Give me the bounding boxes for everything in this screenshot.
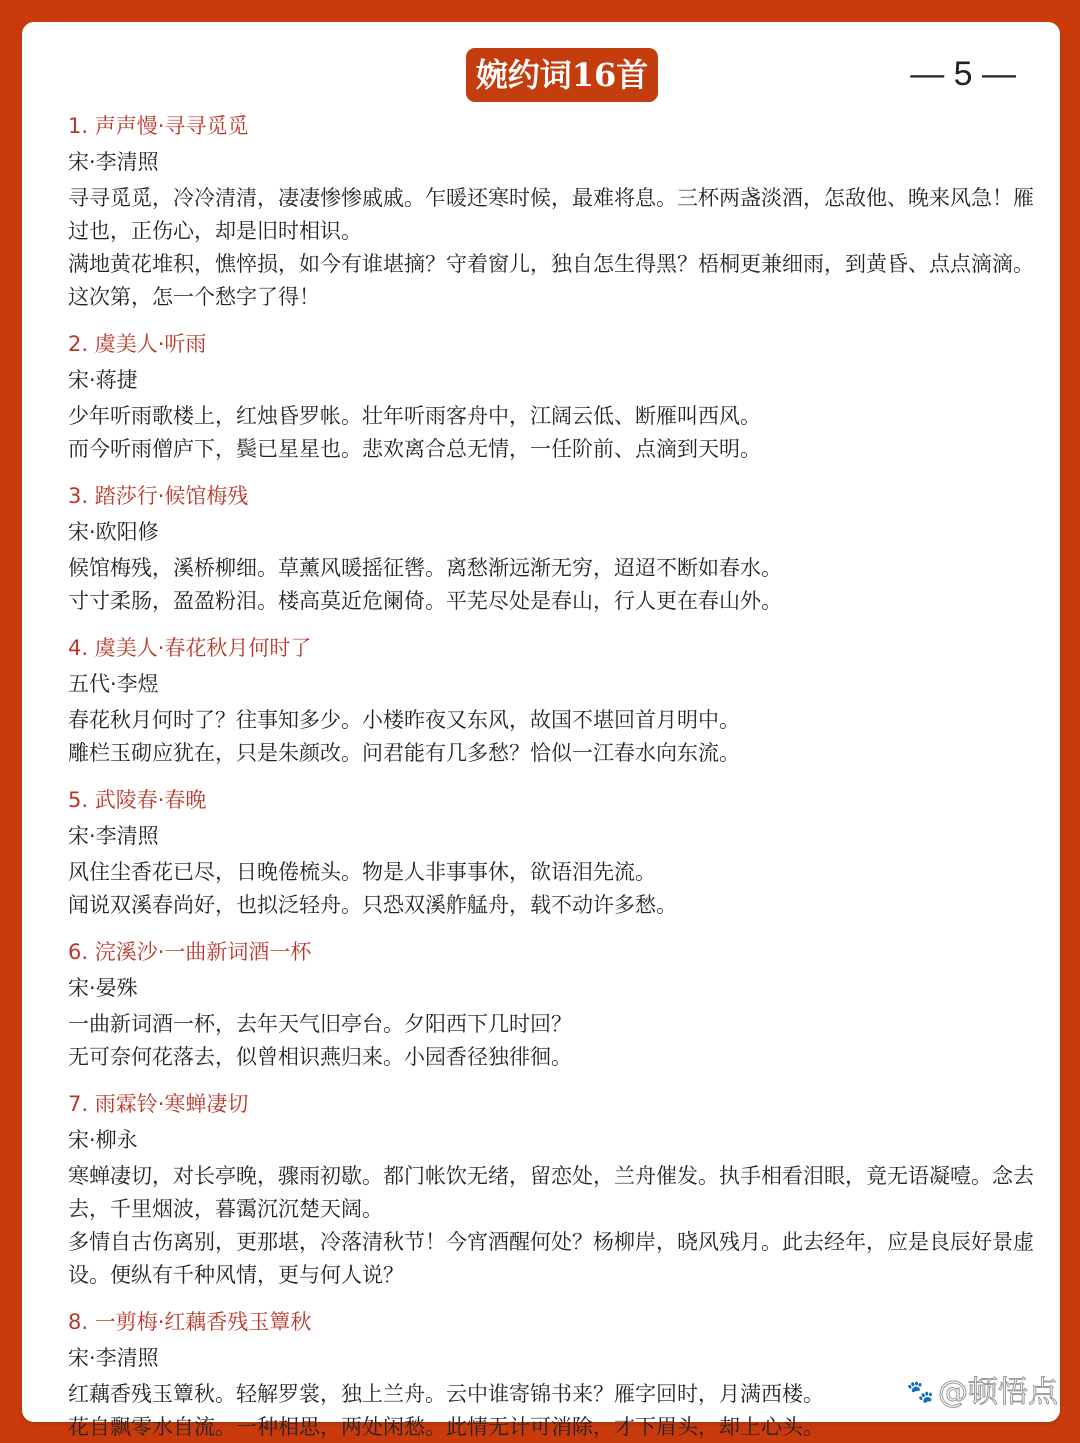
paw-icon: 🐾 [907,1375,934,1411]
poem-line: 寸寸柔肠，盈盈粉泪。楼高莫近危阑倚。平芜尽处是春山，行人更在春山外。 [68,585,1048,618]
poem-line: 候馆梅残，溪桥柳细。草薰风暖摇征辔。离愁渐远渐无穷，迢迢不断如春水。 [68,552,1048,585]
poem-author: 宋·李清照 [68,818,1048,854]
poem-line: 寻寻觅觅，冷冷清清，凄凄惨惨戚戚。乍暖还寒时候，最难将息。三杯两盏淡酒，怎敌他、… [68,182,1048,248]
poem-body: 一曲新词酒一杯，去年天气旧亭台。夕阳西下几时回？ 无可奈何花落去，似曾相识燕归来… [68,1008,1048,1074]
poem-body: 候馆梅残，溪桥柳细。草薰风暖摇征辔。离愁渐远渐无穷，迢迢不断如春水。 寸寸柔肠，… [68,552,1048,618]
poem-body: 风住尘香花已尽，日晚倦梳头。物是人非事事休，欲语泪先流。 闻说双溪春尚好，也拟泛… [68,856,1048,922]
poem-body: 寻寻觅觅，冷冷清清，凄凄惨惨戚戚。乍暖还寒时候，最难将息。三杯两盏淡酒，怎敌他、… [68,182,1048,314]
poem-body: 少年听雨歌楼上，红烛昏罗帐。壮年听雨客舟中，江阔云低、断雁叫西风。 而今听雨僧庐… [68,400,1048,466]
poem-line: 闻说双溪春尚好，也拟泛轻舟。只恐双溪舴艋舟，载不动许多愁。 [68,889,1048,922]
poem-item: 6. 浣溪沙·一曲新词酒一杯 宋·晏殊 一曲新词酒一杯，去年天气旧亭台。夕阳西下… [68,934,1048,1074]
poem-line: 春花秋月何时了？往事知多少。小楼昨夜又东风，故国不堪回首月明中。 [68,704,1048,737]
watermark-text: @顿悟点 [938,1375,1058,1411]
poem-line: 红藕香残玉簟秋。轻解罗裳，独上兰舟。云中谁寄锦书来？雁字回时，月满西楼。 [68,1378,1048,1411]
poem-line: 风住尘香花已尽，日晚倦梳头。物是人非事事休，欲语泪先流。 [68,856,1048,889]
poem-item: 1. 声声慢·寻寻觅觅 宋·李清照 寻寻觅觅，冷冷清清，凄凄惨惨戚戚。乍暖还寒时… [68,108,1048,314]
poem-body: 寒蝉凄切，对长亭晚，骤雨初歇。都门帐饮无绪，留恋处，兰舟催发。执手相看泪眼，竟无… [68,1160,1048,1292]
poem-line: 花自飘零水自流。一种相思，两处闲愁。此情无计可消除，才下眉头，却上心头。 [68,1411,1048,1443]
poem-title: 4. 虞美人·春花秋月何时了 [68,630,1048,666]
poem-title: 2. 虞美人·听雨 [68,326,1048,362]
poem-list: 1. 声声慢·寻寻觅觅 宋·李清照 寻寻觅觅，冷冷清清，凄凄惨惨戚戚。乍暖还寒时… [68,108,1048,1443]
poem-body: 红藕香残玉簟秋。轻解罗裳，独上兰舟。云中谁寄锦书来？雁字回时，月满西楼。 花自飘… [68,1378,1048,1443]
page-card: 婉约词16首 — 5 — 1. 声声慢·寻寻觅觅 宋·李清照 寻寻觅觅，冷冷清清… [22,22,1060,1422]
poem-item: 4. 虞美人·春花秋月何时了 五代·李煜 春花秋月何时了？往事知多少。小楼昨夜又… [68,630,1048,770]
poem-line: 无可奈何花落去，似曾相识燕归来。小园香径独徘徊。 [68,1041,1048,1074]
poem-author: 宋·蒋捷 [68,362,1048,398]
poem-line: 一曲新词酒一杯，去年天气旧亭台。夕阳西下几时回？ [68,1008,1048,1041]
poem-author: 宋·晏殊 [68,970,1048,1006]
poem-item: 8. 一剪梅·红藕香残玉簟秋 宋·李清照 红藕香残玉簟秋。轻解罗裳，独上兰舟。云… [68,1304,1048,1443]
page-number: — 5 — [910,54,1016,94]
poem-line: 雕栏玉砌应犹在，只是朱颜改。问君能有几多愁？恰似一江春水向东流。 [68,737,1048,770]
poem-author: 宋·柳永 [68,1122,1048,1158]
poem-author: 五代·李煜 [68,666,1048,702]
poem-author: 宋·欧阳修 [68,514,1048,550]
poem-title: 8. 一剪梅·红藕香残玉簟秋 [68,1304,1048,1340]
poem-title: 3. 踏莎行·候馆梅残 [68,478,1048,514]
poem-line: 少年听雨歌楼上，红烛昏罗帐。壮年听雨客舟中，江阔云低、断雁叫西风。 [68,400,1048,433]
poem-author: 宋·李清照 [68,144,1048,180]
poem-line: 多情自古伤离别，更那堪，冷落清秋节！今宵酒醒何处？杨柳岸，晓风残月。此去经年，应… [68,1226,1048,1292]
poem-title: 5. 武陵春·春晚 [68,782,1048,818]
page-title: 婉约词16首 [466,48,658,102]
watermark: 🐾 @顿悟点 [907,1375,1058,1411]
poem-title: 1. 声声慢·寻寻觅觅 [68,108,1048,144]
poem-item: 3. 踏莎行·候馆梅残 宋·欧阳修 候馆梅残，溪桥柳细。草薰风暖摇征辔。离愁渐远… [68,478,1048,618]
poem-line: 寒蝉凄切，对长亭晚，骤雨初歇。都门帐饮无绪，留恋处，兰舟催发。执手相看泪眼，竟无… [68,1160,1048,1226]
poem-line: 满地黄花堆积，憔悴损，如今有谁堪摘？守着窗儿，独自怎生得黑？梧桐更兼细雨，到黄昏… [68,248,1048,314]
poem-item: 7. 雨霖铃·寒蝉凄切 宋·柳永 寒蝉凄切，对长亭晚，骤雨初歇。都门帐饮无绪，留… [68,1086,1048,1292]
poem-item: 2. 虞美人·听雨 宋·蒋捷 少年听雨歌楼上，红烛昏罗帐。壮年听雨客舟中，江阔云… [68,326,1048,466]
poem-line: 而今听雨僧庐下，鬓已星星也。悲欢离合总无情，一任阶前、点滴到天明。 [68,433,1048,466]
poem-author: 宋·李清照 [68,1340,1048,1376]
poem-title: 6. 浣溪沙·一曲新词酒一杯 [68,934,1048,970]
poem-title: 7. 雨霖铃·寒蝉凄切 [68,1086,1048,1122]
poem-item: 5. 武陵春·春晚 宋·李清照 风住尘香花已尽，日晚倦梳头。物是人非事事休，欲语… [68,782,1048,922]
poem-body: 春花秋月何时了？往事知多少。小楼昨夜又东风，故国不堪回首月明中。 雕栏玉砌应犹在… [68,704,1048,770]
